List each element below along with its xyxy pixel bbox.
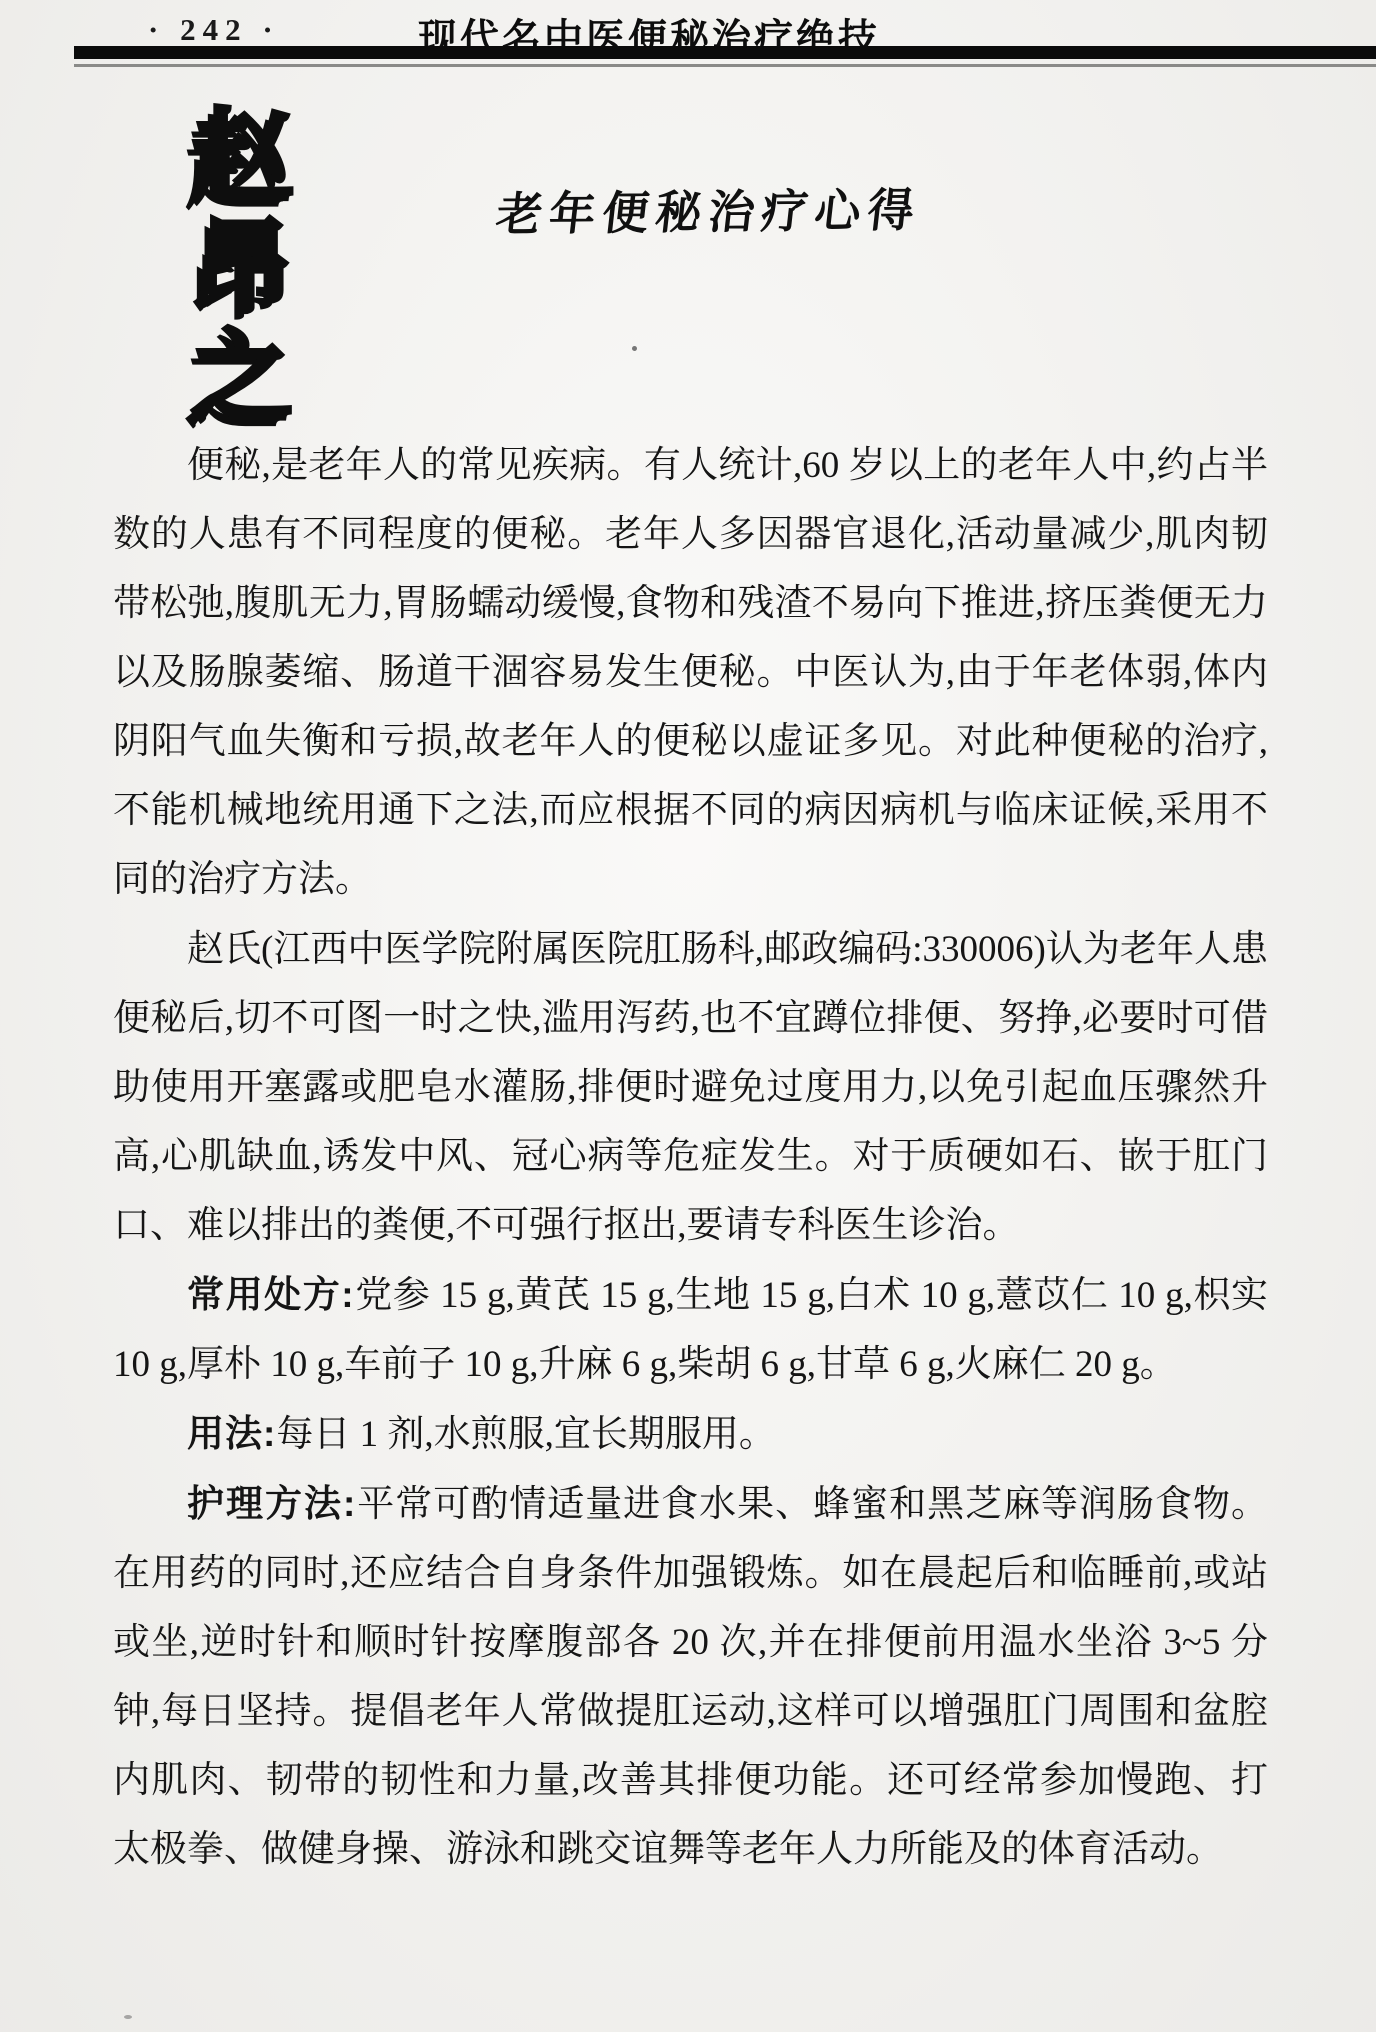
scan-speck	[124, 2015, 132, 2019]
paragraph-text: 赵氏(江西中医学院附属医院肛肠科,邮政编码:330006)认为老年人患便秘后,切…	[113, 929, 1268, 1246]
scan-speck	[632, 346, 637, 351]
paragraph: 便秘,是老年人的常见疾病。有人统计,60 岁以上的老年人中,约占半数的人患有不同…	[113, 430, 1268, 914]
divider-thick-rule	[74, 46, 1376, 59]
paragraph-lead: 常用处方:	[187, 1274, 355, 1315]
paragraph-nursing: 护理方法:平常可酌情适量进食水果、蜂蜜和黑芝麻等润肠食物。在用药的同时,还应结合…	[113, 1469, 1268, 1884]
paragraph-lead: 护理方法:	[187, 1483, 356, 1524]
paragraph-text: 平常可酌情适量进食水果、蜂蜜和黑芝麻等润肠食物。在用药的同时,还应结合自身条件加…	[113, 1484, 1268, 1870]
article-body: 便秘,是老年人的常见疾病。有人统计,60 岁以上的老年人中,约占半数的人患有不同…	[113, 430, 1268, 1884]
header-divider	[74, 46, 1376, 67]
author-calligraphy-name: 赵昂之	[172, 104, 292, 484]
paragraph: 赵氏(江西中医学院附属医院肛肠科,邮政编码:330006)认为老年人患便秘后,切…	[113, 914, 1268, 1260]
paragraph-text: 每日 1 剂,水煎服,宜长期服用。	[276, 1414, 776, 1455]
paragraph-lead: 用法:	[187, 1413, 276, 1454]
divider-thin-rule	[74, 64, 1376, 67]
paragraph-usage: 用法:每日 1 剂,水煎服,宜长期服用。	[113, 1399, 1268, 1469]
paragraph-prescription: 常用处方:党参 15 g,黄芪 15 g,生地 15 g,白术 10 g,薏苡仁…	[113, 1260, 1268, 1399]
article-title: 老年便秘治疗心得	[493, 174, 925, 244]
page-header: · 242 · 现代名中医便秘治疗绝技	[0, 6, 1376, 50]
page-number: · 242 ·	[148, 12, 280, 48]
paragraph-text: 便秘,是老年人的常见疾病。有人统计,60 岁以上的老年人中,约占半数的人患有不同…	[113, 445, 1268, 900]
